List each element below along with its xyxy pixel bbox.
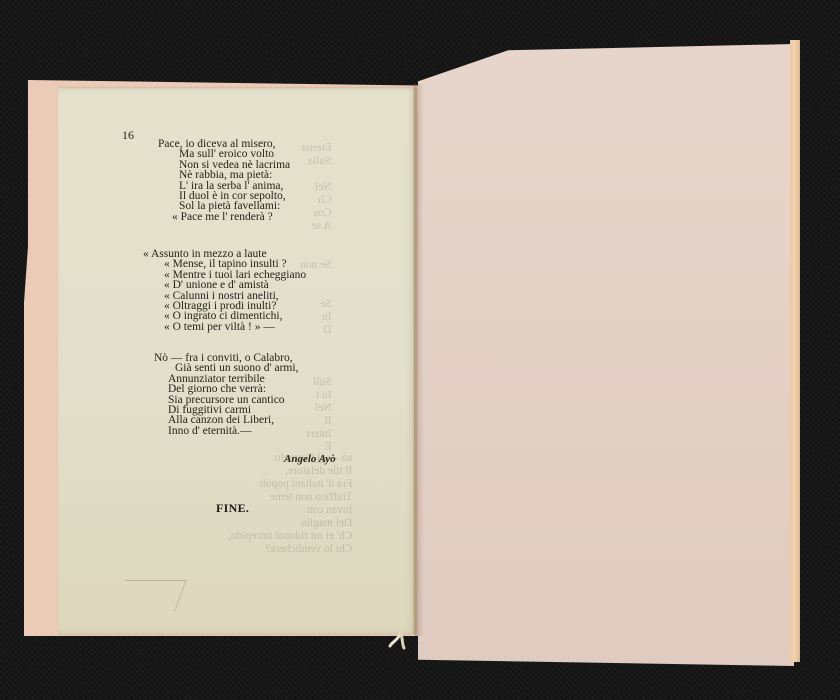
page-number: 16 <box>122 128 134 143</box>
verse-line: « D' unione e d' amistà <box>143 280 306 290</box>
verse-line: « O temi per viltà ! » — <box>143 322 306 332</box>
author-signature: Angelo Ayò <box>284 453 336 465</box>
stanza-2: « Assunto in mezzo a laute « Mense, il t… <box>143 249 306 332</box>
paper-crease <box>114 580 186 611</box>
stanza-1: Pace, io diceva al misero, Ma sull' eroi… <box>158 139 290 222</box>
verse-line: Del giorno che verrà: <box>154 384 298 394</box>
verse-line: « Pace me l' renderà ? <box>158 212 290 222</box>
photo-scene: Eterna Sulla Nel Ch Cos A se Se non Se I… <box>0 0 840 700</box>
gutter-shadow <box>414 84 424 636</box>
stanza-3: Nò — fra i conviti, o Calabro, Già senti… <box>154 353 298 436</box>
verse-line: Nè rabbia, ma pietà: <box>158 170 290 180</box>
end-mark: FINE. <box>216 501 249 516</box>
binding-thread-icon <box>388 632 418 652</box>
verse-line: Inno d' eternità.— <box>154 426 298 436</box>
right-page-edge <box>790 40 800 662</box>
right-blank-page <box>418 44 794 666</box>
